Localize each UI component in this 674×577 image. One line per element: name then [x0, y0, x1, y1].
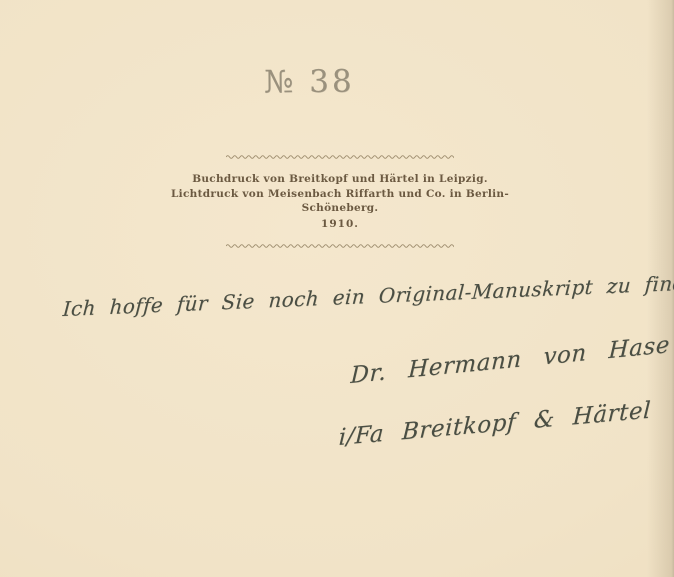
handwritten-firm-line: i/Fa Breitkopf & Härtel — [338, 397, 652, 451]
imprint-year: 1910. — [167, 217, 513, 231]
handwritten-signature: Dr. Hermann von Hase — [350, 332, 670, 389]
handwritten-note: Ich hoffe für Sie noch ein Original-Manu… — [62, 269, 674, 321]
imprint-block: Buchdruck von Breitkopf und Härtel in Le… — [167, 153, 513, 250]
wavy-rule-bottom-icon — [226, 242, 454, 250]
scanned-book-page: № 38 Buchdruck von Breitkopf und Härtel … — [0, 0, 674, 577]
wavy-rule-top-icon — [226, 153, 454, 161]
imprint-collotype-line: Lichtdruck von Meisenbach Riffarth und C… — [167, 187, 513, 215]
page-number-stamp: № 38 — [264, 64, 355, 101]
imprint-printer-line: Buchdruck von Breitkopf und Härtel in Le… — [167, 172, 513, 186]
